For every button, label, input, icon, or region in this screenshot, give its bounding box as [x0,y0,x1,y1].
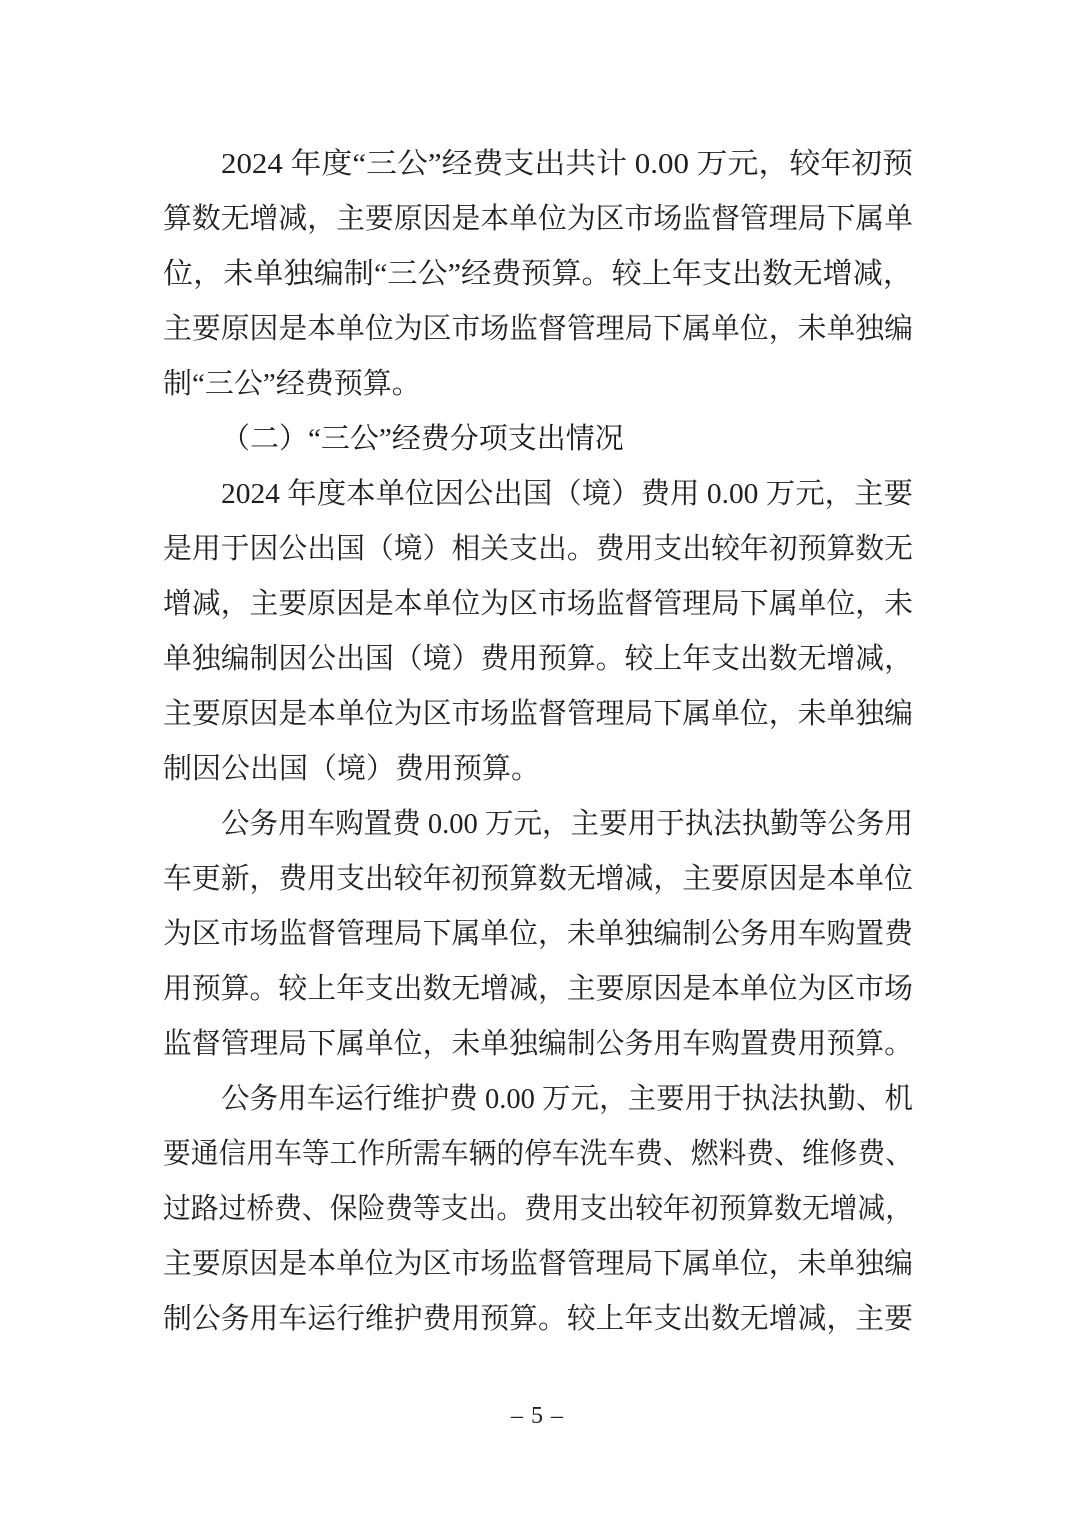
line-text: 公务用车购置费 0.00 万元，主要用于执法执勤等公务用 [221,797,913,852]
document-page: 2024 年度“三公”经费支出共计 0.00 万元，较年初预算数无增减，主要原因… [0,0,1075,1520]
line-text: 2024 年度本单位因公出国（境）费用 0.00 万元，主要 [221,467,913,522]
line-text: 单独编制因公出国（境）费用预算。较上年支出数无增减， [163,632,913,687]
text-line: 主要原因是本单位为区市场监督管理局下属单位，未单独编 [163,687,913,742]
text-line: 算数无增减，主要原因是本单位为区市场监督管理局下属单 [163,192,913,247]
line-text: 位，未单独编制“三公”经费预算。较上年支出数无增减， [163,247,913,302]
text-line: 2024 年度“三公”经费支出共计 0.00 万元，较年初预 [163,137,913,192]
text-line: 制公务用车运行维护费用预算。较上年支出数无增减，主要 [163,1292,913,1347]
text-line: 单独编制因公出国（境）费用预算。较上年支出数无增减， [163,632,913,687]
text-line: 公务用车购置费 0.00 万元，主要用于执法执勤等公务用 [163,797,913,852]
text-line: 制因公出国（境）费用预算。 [163,742,913,797]
heading-line: （二）“三公”经费分项支出情况 [163,412,913,467]
line-text: 要通信用车等工作所需车辆的停车洗车费、燃料费、维修费、 [163,1127,913,1182]
paragraph: 2024 年度“三公”经费支出共计 0.00 万元，较年初预算数无增减，主要原因… [163,137,913,412]
text-line: 监督管理局下属单位，未单独编制公务用车购置费用预算。 [163,1017,913,1072]
text-line: 主要原因是本单位为区市场监督管理局下属单位，未单独编 [163,1237,913,1292]
page-number: – 5 – [0,1403,1075,1430]
text-line: 增减，主要原因是本单位为区市场监督管理局下属单位，未 [163,577,913,632]
line-text: 为区市场监督管理局下属单位，未单独编制公务用车购置费 [163,907,913,962]
line-text: 增减，主要原因是本单位为区市场监督管理局下属单位，未 [163,577,913,632]
line-text: 算数无增减，主要原因是本单位为区市场监督管理局下属单 [163,192,913,247]
line-text: 车更新，费用支出较年初预算数无增减，主要原因是本单位 [163,852,913,907]
line-text: 2024 年度“三公”经费支出共计 0.00 万元，较年初预 [221,137,913,192]
line-text: 用预算。较上年支出数无增减，主要原因是本单位为区市场 [163,962,913,1017]
text-line: 2024 年度本单位因公出国（境）费用 0.00 万元，主要 [163,467,913,522]
line-text: 制“三公”经费预算。 [163,357,421,412]
text-line: 过路过桥费、保险费等支出。费用支出较年初预算数无增减， [163,1182,913,1237]
text-line: 公务用车运行维护费 0.00 万元，主要用于执法执勤、机 [163,1072,913,1127]
text-line: 用预算。较上年支出数无增减，主要原因是本单位为区市场 [163,962,913,1017]
text-line: 要通信用车等工作所需车辆的停车洗车费、燃料费、维修费、 [163,1127,913,1182]
line-text: 制公务用车运行维护费用预算。较上年支出数无增减，主要 [163,1292,913,1347]
text-line: 车更新，费用支出较年初预算数无增减，主要原因是本单位 [163,852,913,907]
paragraph: 2024 年度本单位因公出国（境）费用 0.00 万元，主要是用于因公出国（境）… [163,467,913,797]
line-text: 监督管理局下属单位，未单独编制公务用车购置费用预算。 [163,1017,913,1072]
text-line: 制“三公”经费预算。 [163,357,913,412]
document-text-block: 2024 年度“三公”经费支出共计 0.00 万元，较年初预算数无增减，主要原因… [163,137,913,1347]
paragraph: 公务用车运行维护费 0.00 万元，主要用于执法执勤、机要通信用车等工作所需车辆… [163,1072,913,1347]
line-text: 主要原因是本单位为区市场监督管理局下属单位，未单独编 [163,302,913,357]
section-heading: （二）“三公”经费分项支出情况 [163,412,913,467]
paragraph: 公务用车购置费 0.00 万元，主要用于执法执勤等公务用车更新，费用支出较年初预… [163,797,913,1072]
text-line: 为区市场监督管理局下属单位，未单独编制公务用车购置费 [163,907,913,962]
text-line: 位，未单独编制“三公”经费预算。较上年支出数无增减， [163,247,913,302]
line-text: 主要原因是本单位为区市场监督管理局下属单位，未单独编 [163,1237,913,1292]
line-text: 制因公出国（境）费用预算。 [163,742,540,797]
line-text: 公务用车运行维护费 0.00 万元，主要用于执法执勤、机 [221,1072,913,1127]
line-text: （二）“三公”经费分项支出情况 [221,412,624,467]
line-text: 过路过桥费、保险费等支出。费用支出较年初预算数无增减， [163,1182,913,1237]
line-text: 是用于因公出国（境）相关支出。费用支出较年初预算数无 [163,522,913,577]
line-text: 主要原因是本单位为区市场监督管理局下属单位，未单独编 [163,687,913,742]
text-line: 主要原因是本单位为区市场监督管理局下属单位，未单独编 [163,302,913,357]
text-line: 是用于因公出国（境）相关支出。费用支出较年初预算数无 [163,522,913,577]
